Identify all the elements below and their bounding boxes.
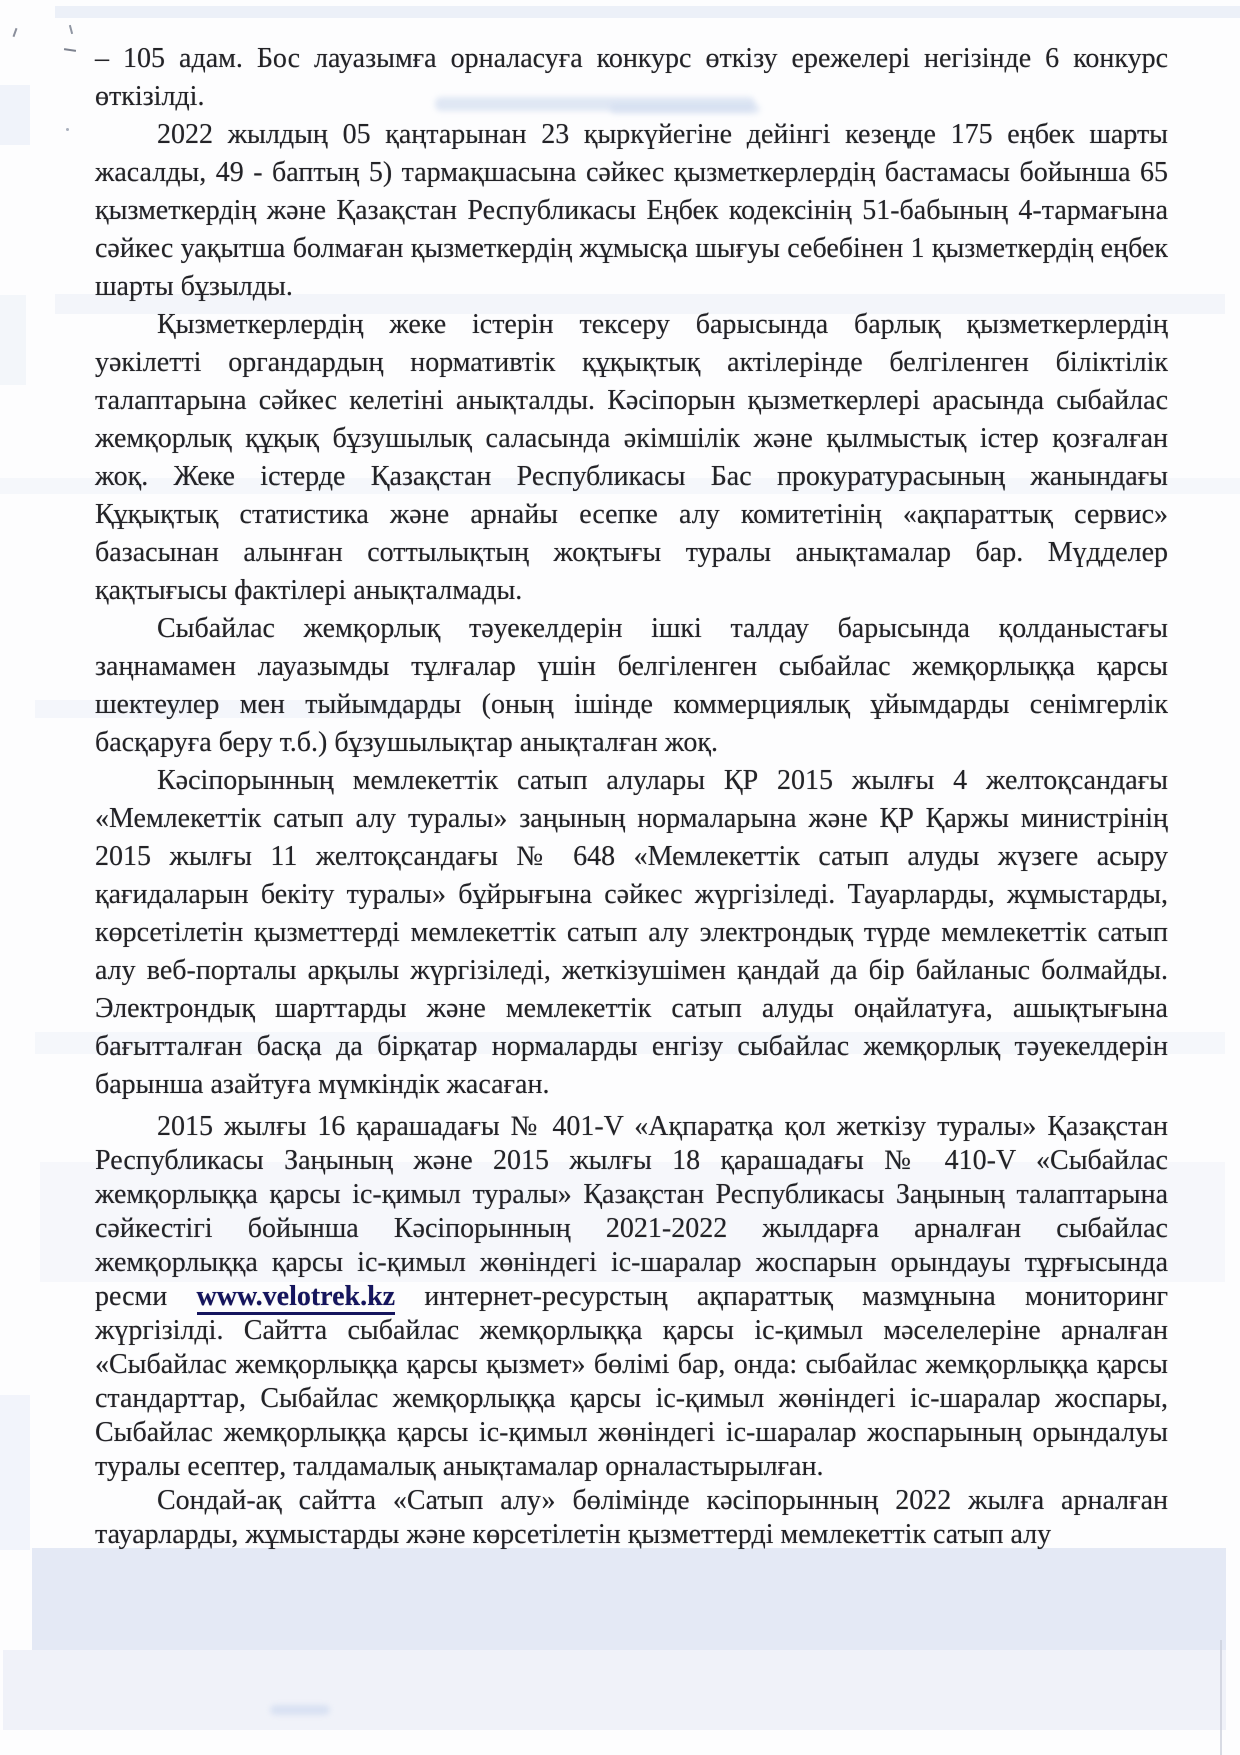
scanned-document-page: { "document": { "type": "scanned-report-… <box>0 0 1240 1755</box>
document-page: – 105 адам. Бос лауазымға орналасуға кон… <box>0 0 1240 1755</box>
body-text: – 105 адам. Бос лауазымға орналасуға кон… <box>95 40 1168 1552</box>
scan-edge-streak <box>0 1395 30 1550</box>
pencil-mark <box>66 128 69 131</box>
scan-edge-streak <box>0 85 30 145</box>
paragraph-3: Қызметкерлердің жеке істерін тексеру бар… <box>95 306 1168 610</box>
scan-bleed-smudge <box>270 1705 330 1715</box>
paragraph-1: – 105 адам. Бос лауазымға орналасуға кон… <box>95 40 1168 116</box>
scan-edge-line <box>1220 1640 1222 1755</box>
pencil-mark <box>64 48 76 52</box>
section-line-spacing-single: 2015 жылғы 16 қарашадағы № 401-V «Ақпара… <box>95 1110 1168 1552</box>
paragraph-2: 2022 жылдың 05 қаңтарынан 23 қыркүйегіне… <box>95 116 1168 306</box>
velotrek-link[interactable]: www.velotrek.kz <box>197 1281 396 1315</box>
scan-edge-streak <box>0 295 26 385</box>
pencil-mark <box>13 28 18 37</box>
paragraph-7: Сондай-ақ сайтта «Сатып алу» бөлімінде к… <box>95 1484 1168 1552</box>
paragraph-4: Сыбайлас жемқорлық тәуекелдерін ішкі тал… <box>95 610 1168 762</box>
scan-artifact-band-bottom <box>32 1548 1226 1650</box>
paragraph-5: Кәсіпорынның мемлекеттік сатып алулары Қ… <box>95 762 1168 1104</box>
scan-artifact-band <box>55 6 1240 18</box>
scan-artifact-band-bottom <box>3 1650 1226 1730</box>
pencil-mark <box>69 25 73 34</box>
paragraph-6: 2015 жылғы 16 қарашадағы № 401-V «Ақпара… <box>95 1110 1168 1484</box>
section-line-spacing-wide: – 105 адам. Бос лауазымға орналасуға кон… <box>95 40 1168 1104</box>
